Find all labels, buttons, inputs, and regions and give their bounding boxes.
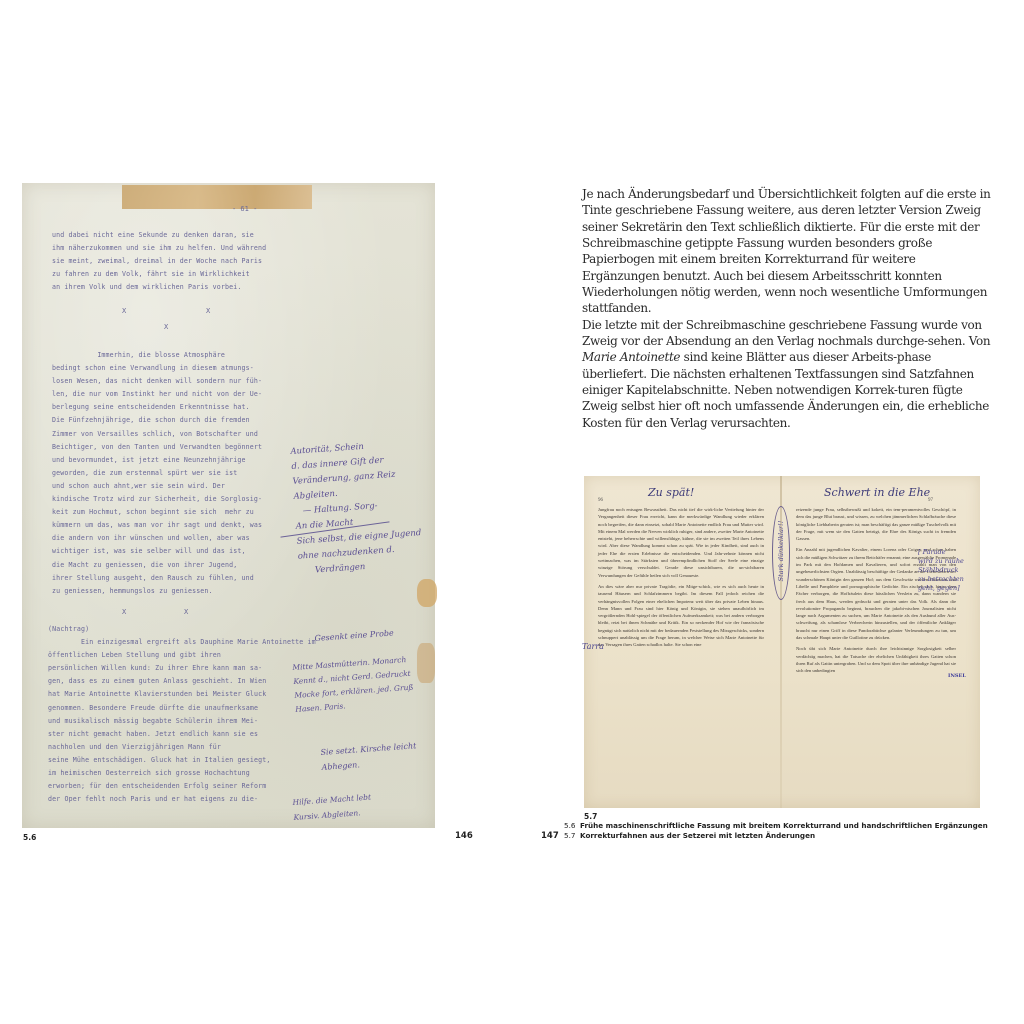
section-mark: X: [184, 608, 188, 616]
text-segment: Je nach Änderungsbedarf und Übersichtlic…: [582, 187, 991, 315]
typed-block-2: Immerhin, die blosse Atmosphäre bedingt …: [52, 349, 262, 598]
manuscript-image-5-6: - 61 - und dabei nicht eine Sekunde zu d…: [22, 183, 435, 828]
figure-label-5-7: 5.7: [584, 812, 597, 821]
typed-block-1: und dabei nicht eine Sekunde zu denken d…: [52, 229, 266, 294]
proof-heading-left: Zu spät!: [648, 486, 694, 499]
caption-text: Korrekturfahnen aus der Setzerei mit let…: [580, 831, 815, 841]
proof-paragraph: Noch übt sich Marie Antoinette durch ihr…: [796, 645, 956, 674]
handwritten-note-5: Hilfe. die Macht lebt Kursiv. Abgleiten.: [292, 790, 372, 825]
margin-stamp: INSEL: [948, 672, 966, 681]
body-paragraph-2: Die letzte mit der Schreibmaschine gesch…: [582, 317, 992, 431]
book-title: Marie Antoinette: [582, 350, 680, 364]
tape-strip: [122, 185, 312, 209]
text-segment: Die letzte mit der Schreibmaschine gesch…: [582, 318, 990, 348]
margin-note-left: Tarra: [582, 642, 604, 651]
section-mark: X: [206, 307, 210, 315]
typed-block-3: (Nachtrag) Ein einzigesmal ergreift als …: [48, 623, 316, 806]
caption-number: 5.7: [564, 831, 580, 841]
section-mark: X: [122, 307, 126, 315]
page-number-right: 147: [541, 831, 559, 841]
margin-note-right: [ Parade wird zu rauhe Stählbdruck zu be…: [918, 548, 964, 593]
proof-column-left: Jungfrau noch entsagen Bewusstheit. Das …: [598, 506, 764, 653]
stain: [417, 579, 437, 607]
manuscript-page-marker: - 61 -: [232, 205, 257, 213]
caption-5-7: 5.7 Korrekturfahnen aus der Setzerei mit…: [564, 831, 988, 841]
stain: [417, 643, 435, 683]
proof-heading-right: Schwert in die Ehe: [824, 486, 930, 499]
handwritten-note-2: Gesenkt eine Probe: [314, 625, 394, 645]
body-text: Je nach Änderungsbedarf und Übersichtlic…: [582, 186, 992, 431]
page-number-left: 146: [455, 831, 473, 841]
handwritten-note-3: Mitte Mastmütterin. Monarch Kennt d., ni…: [292, 653, 415, 717]
figure-label-5-6: 5.6: [23, 833, 36, 842]
proof-paragraph: reizende junge Frau, selbstbewußt und ko…: [796, 506, 956, 542]
section-mark: X: [122, 608, 126, 616]
galley-proof-image-5-7: 96 97 Zu spät! Schwert in die Ehe Jungfr…: [584, 476, 980, 808]
fold-note: Stark dünkelklar!!: [777, 507, 785, 595]
proof-paragraph: Jungfrau noch entsagen Bewusstheit. Das …: [598, 506, 764, 579]
proof-page-number-left: 96: [598, 498, 603, 503]
body-paragraph-1: Je nach Änderungsbedarf und Übersichtlic…: [582, 186, 992, 317]
caption-number: 5.6: [564, 821, 580, 831]
handwritten-note-4: Sie setzt. Kirsche leicht Abhegen.: [320, 738, 418, 775]
caption-5-6: 5.6 Frühe maschinenschriftliche Fassung …: [564, 821, 988, 831]
handwritten-note-1: Autorität, Schein d. das innere Gift der…: [290, 436, 424, 579]
caption-list: 5.6 Frühe maschinenschriftliche Fassung …: [564, 821, 988, 841]
proof-paragraph: An dies wäre aber nur private Tragödie, …: [598, 583, 764, 649]
section-mark: X: [164, 323, 168, 331]
caption-text: Frühe maschinenschriftliche Fassung mit …: [580, 821, 988, 831]
circled-note: Stark dünkelklar!!: [772, 506, 790, 600]
